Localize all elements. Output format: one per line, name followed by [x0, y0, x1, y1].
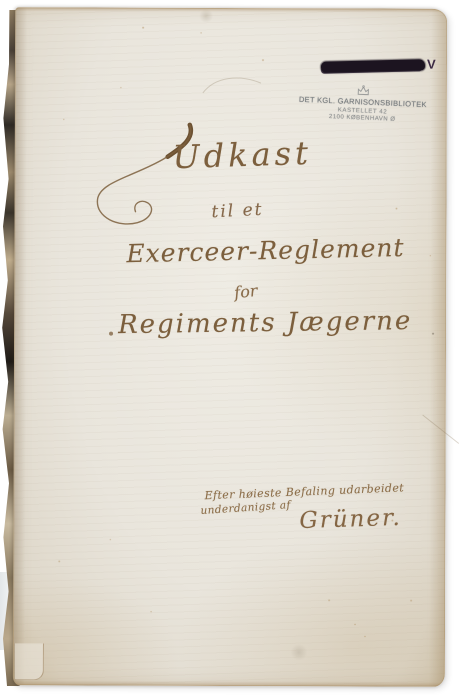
redaction-visible-letter: V — [427, 57, 436, 72]
signature-gruner: Grüner. — [299, 505, 402, 534]
crown-icon — [355, 84, 371, 97]
faint-pen-curl — [201, 72, 265, 96]
title-line-exerceer-reglement: Exerceer-Reglement — [126, 233, 405, 268]
manuscript-photograph: V DET KGL. GARNISONSBIBLIOTEK KASTELLET … — [0, 0, 472, 700]
signature-line-1: Efter høieste Befaling udarbeidet — [204, 481, 404, 502]
page-crease — [422, 415, 459, 444]
redaction-bar — [321, 59, 425, 73]
manuscript-page: V DET KGL. GARNISONSBIBLIOTEK KASTELLET … — [13, 7, 447, 687]
pen-rest-dot — [109, 332, 113, 336]
redacted-stamp: V — [321, 54, 451, 76]
title-line-til-et: til et — [211, 200, 264, 223]
title-line-for: for — [233, 281, 258, 302]
title-line-regiments-jaegerne: Regiments Jægerne — [118, 306, 413, 340]
title-line-udkast: Udkast — [172, 134, 312, 176]
worn-corner-fold — [15, 643, 44, 680]
library-stamp: DET KGL. GARNISONSBIBLIOTEK KASTELLET 42… — [272, 81, 453, 126]
